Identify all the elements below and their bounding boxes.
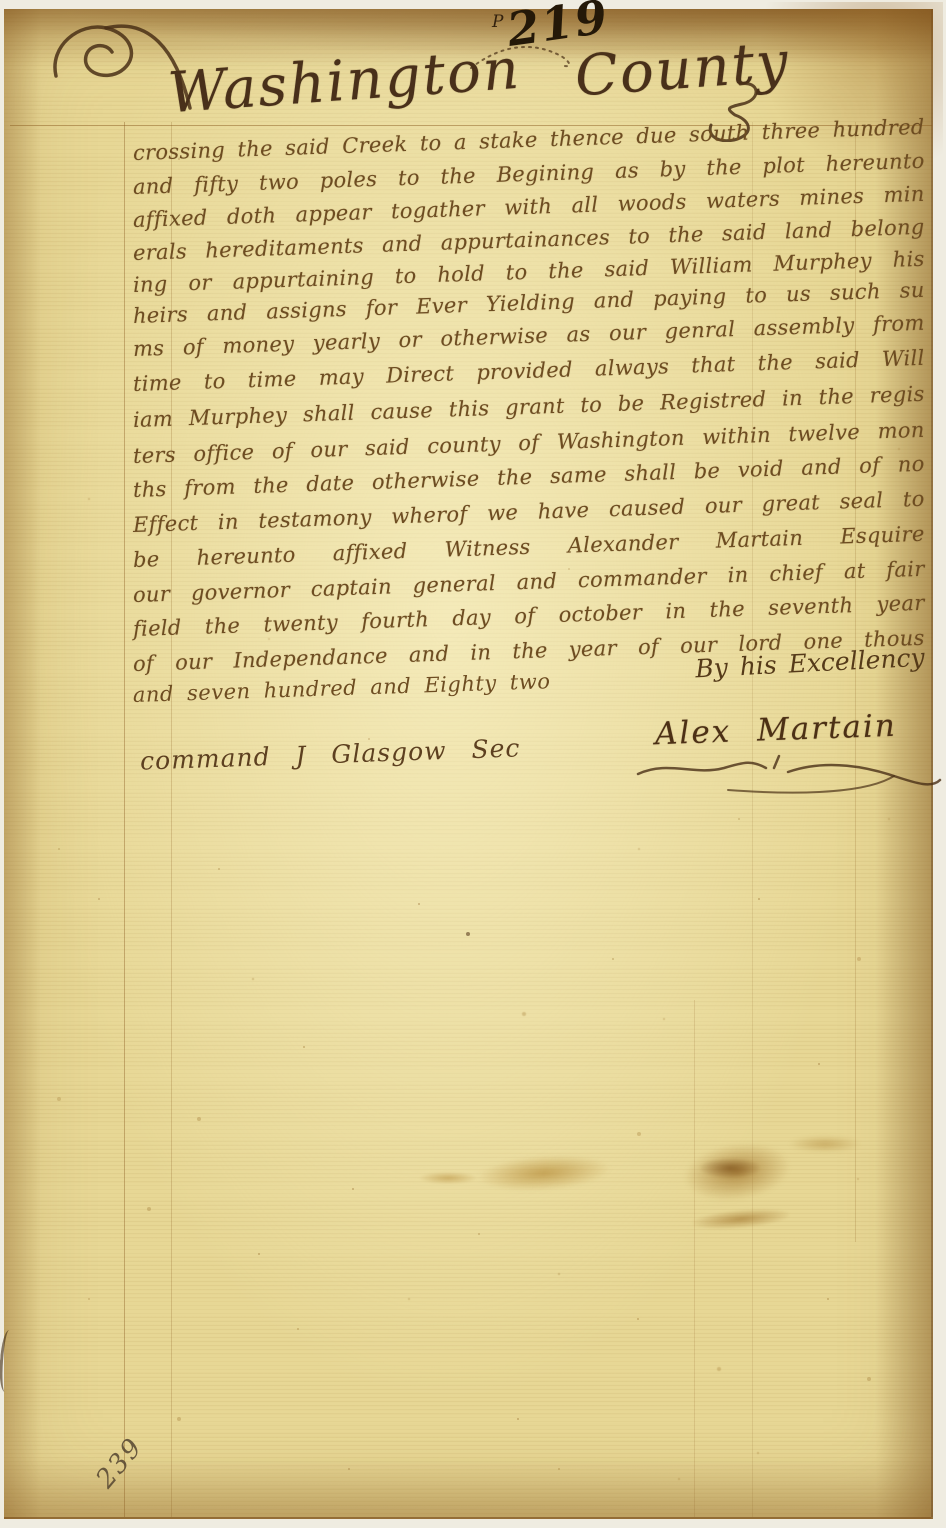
foxing-speckles bbox=[0, 0, 2, 2]
title-word-county: County bbox=[573, 33, 792, 108]
margin-rule-vertical bbox=[171, 122, 172, 1517]
manuscript-page-scan: P 219 Washington County crossing the sai… bbox=[0, 0, 946, 1528]
margin-rule-vertical bbox=[124, 122, 125, 1517]
margin-rule-vertical bbox=[694, 1000, 695, 1517]
page-number-prefix: P bbox=[492, 12, 503, 32]
